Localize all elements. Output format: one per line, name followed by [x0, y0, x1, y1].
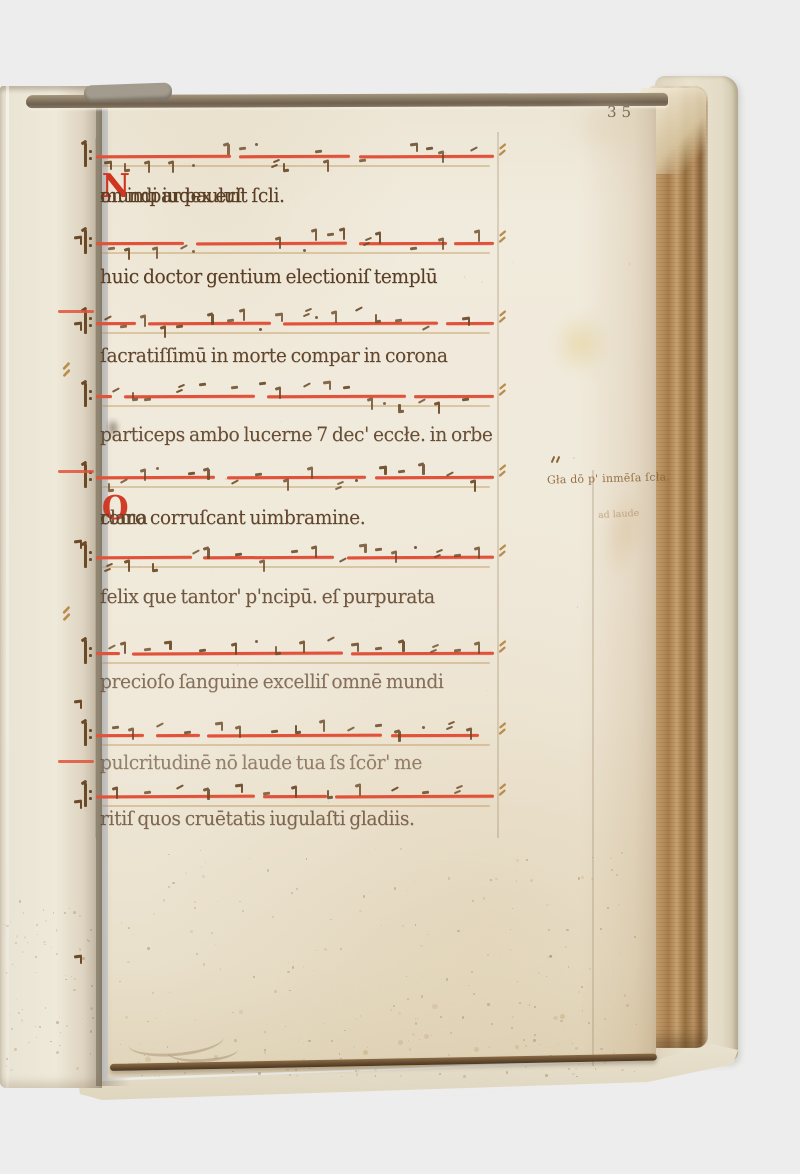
foxing-dot	[427, 934, 429, 936]
foxing-dot	[293, 757, 295, 759]
foxing-dot	[626, 1004, 629, 1007]
foxing-dot	[36, 924, 37, 925]
foxing-dot	[421, 995, 424, 998]
foxing-dot	[415, 924, 416, 925]
foxing-dot	[525, 1066, 527, 1068]
foxing-dot	[568, 1068, 570, 1070]
foxing-dot	[578, 877, 580, 879]
foxing-dot	[90, 1053, 92, 1055]
foxing-dot	[202, 875, 205, 878]
foxing-dot	[189, 163, 191, 165]
foxing-dot	[422, 976, 423, 977]
foxing-dot	[59, 1045, 60, 1046]
foxing-dot	[160, 1010, 161, 1011]
foxing-dot	[296, 888, 298, 890]
foxing-dot	[9, 1014, 10, 1015]
foxing-dot	[330, 919, 331, 920]
foxing-dot	[65, 975, 66, 976]
foxing-dot	[262, 190, 264, 192]
foxing-dot	[432, 1004, 438, 1010]
foxing-dot	[339, 1053, 340, 1054]
foxing-dot	[295, 202, 296, 203]
foxing-dot	[448, 877, 451, 880]
foxing-dot	[463, 1075, 465, 1077]
foxing-dot	[232, 1012, 233, 1013]
foxing-dot	[331, 1040, 333, 1042]
foxing-dot	[205, 862, 206, 863]
foxing-dot	[121, 447, 122, 448]
foxing-dot	[4, 924, 5, 925]
foxing-dot	[523, 1039, 525, 1041]
foxing-dot	[448, 1054, 450, 1056]
foxing-dot	[372, 620, 373, 621]
foxing-dot	[566, 929, 568, 931]
foxing-dot	[519, 1002, 521, 1004]
foxing-dot	[196, 953, 198, 955]
foxing-dot	[120, 1044, 122, 1046]
foxing-dot	[414, 881, 415, 882]
foxing-dot	[6, 1065, 8, 1067]
foxing-dot	[588, 1022, 590, 1024]
foxing-dot	[56, 1021, 59, 1024]
foxing-dot	[212, 571, 213, 572]
foxing-dot	[572, 1043, 573, 1044]
foxing-dot	[280, 421, 281, 422]
foxing-dot	[44, 944, 45, 945]
foxing-dot	[234, 1039, 237, 1042]
foxing-dot	[369, 891, 370, 892]
foxing-dot	[545, 1074, 548, 1077]
foxing-dot	[324, 948, 326, 950]
foxing-dot	[341, 1076, 343, 1078]
foxing-dot	[264, 1049, 266, 1051]
foxing-dot	[59, 1017, 60, 1018]
foxing-dot	[634, 1071, 636, 1073]
foxing-dot	[604, 1018, 606, 1020]
foxing-dot	[215, 944, 216, 945]
foxing-dot	[217, 901, 218, 902]
foxing-dot	[292, 196, 293, 197]
margin-scribble: ad laude	[598, 508, 640, 521]
foxing-dot	[287, 971, 289, 973]
foxing-dot	[560, 1014, 565, 1019]
foxing-dot	[15, 942, 17, 944]
foxing-dot	[14, 1048, 17, 1051]
foxing-dot	[43, 941, 46, 944]
foxing-dot	[16, 999, 17, 1000]
foxing-dot	[293, 961, 294, 962]
foxing-dot	[128, 927, 130, 929]
foxing-dot	[568, 966, 570, 968]
foxing-dot	[374, 1069, 377, 1072]
foxing-dot	[512, 262, 513, 263]
foxing-dot	[406, 976, 407, 977]
foxing-dot	[317, 121, 318, 122]
foxing-dot	[408, 1040, 409, 1041]
foxing-dot	[91, 1008, 92, 1009]
foxing-dot	[91, 985, 93, 987]
foxing-dot	[6, 1058, 8, 1060]
foxing-dot	[575, 1068, 577, 1070]
foxing-dot	[515, 1045, 519, 1049]
foxing-dot	[355, 1070, 357, 1072]
foxing-dot	[267, 869, 270, 872]
foxing-dot	[152, 992, 153, 993]
foxing-dot	[288, 962, 289, 963]
foxing-dot	[487, 690, 488, 691]
foxing-dot	[133, 302, 134, 303]
foxing-dot	[119, 981, 121, 983]
foxing-dot	[121, 922, 123, 924]
foxing-dot	[35, 956, 37, 958]
foxing-dot	[581, 876, 584, 879]
foxing-dot	[636, 1024, 637, 1025]
foxing-dot	[45, 920, 47, 922]
foxing-dot	[306, 858, 307, 859]
foxing-dot	[375, 848, 376, 849]
foxing-dot	[43, 909, 44, 910]
foxing-dot	[550, 955, 552, 957]
foxing-dot	[308, 1040, 311, 1043]
manuscript-photo: mundi iudex erit ſcli. Non impar pauluſh…	[0, 0, 800, 1174]
foxing-dot	[518, 1049, 519, 1050]
foxing-dot	[488, 1046, 490, 1048]
foxing-dot	[65, 979, 66, 980]
foxing-dot	[147, 1021, 148, 1022]
foxing-dot	[168, 854, 169, 855]
foxing-dot	[495, 878, 498, 881]
foxing-dot	[289, 1074, 291, 1076]
foxing-dot	[10, 1069, 12, 1071]
foxing-dot	[363, 895, 366, 898]
foxing-dot	[21, 1019, 24, 1022]
foxing-dot	[553, 1017, 556, 1020]
foxing-dot	[14, 966, 15, 967]
foxing-dot	[621, 1069, 623, 1071]
foxing-dot	[400, 1075, 402, 1077]
foxing-dot	[140, 566, 142, 568]
foxing-dot	[409, 1048, 412, 1051]
foxing-dot	[88, 940, 89, 941]
foxing-dot	[264, 1051, 266, 1053]
foxing-dot	[90, 1007, 93, 1010]
foxing-dot	[526, 859, 528, 861]
foxing-dot	[375, 1075, 377, 1077]
foxing-dot	[323, 1023, 324, 1024]
foxing-dot	[6, 972, 8, 974]
foxing-dot	[417, 1018, 418, 1019]
foxing-dot	[595, 1068, 596, 1069]
foxing-dot	[394, 887, 396, 889]
foxing-dot	[153, 913, 155, 915]
foxing-dot	[259, 590, 260, 591]
foxing-dot	[92, 1017, 95, 1020]
foxing-dot	[486, 998, 487, 999]
foxing-dot	[163, 899, 166, 902]
foxing-dot	[634, 936, 636, 938]
foxing-dot	[400, 848, 402, 850]
foxing-dot	[239, 1010, 243, 1014]
foxing-speckle-layer	[0, 0, 800, 1174]
foxing-dot	[69, 908, 70, 909]
foxing-dot	[329, 1032, 330, 1033]
foxing-dot	[516, 880, 517, 881]
foxing-dot	[211, 932, 213, 934]
foxing-dot	[591, 878, 592, 879]
foxing-dot	[28, 1042, 29, 1043]
foxing-dot	[74, 978, 76, 980]
foxing-dot	[415, 1022, 417, 1024]
foxing-dot	[22, 951, 24, 953]
foxing-dot	[82, 1018, 83, 1019]
foxing-dot	[540, 1044, 541, 1045]
foxing-dot	[147, 1056, 148, 1057]
foxing-dot	[616, 874, 618, 876]
foxing-dot	[604, 1061, 607, 1064]
foxing-dot	[508, 239, 509, 240]
foxing-dot	[402, 925, 404, 927]
foxing-dot	[242, 910, 243, 911]
foxing-dot	[155, 1075, 156, 1076]
foxing-dot	[396, 733, 397, 734]
foxing-dot	[172, 882, 174, 884]
foxing-dot	[420, 945, 423, 948]
foxing-dot	[56, 929, 57, 930]
foxing-dot	[292, 966, 294, 968]
foxing-dot	[340, 948, 342, 950]
foxing-dot	[163, 523, 165, 525]
foxing-dot	[471, 971, 473, 973]
foxing-dot	[486, 887, 487, 888]
foxing-dot	[474, 1047, 479, 1052]
foxing-dot	[90, 929, 92, 931]
foxing-dot	[510, 949, 512, 951]
foxing-dot	[579, 1064, 580, 1065]
foxing-dot	[356, 1073, 359, 1076]
foxing-dot	[194, 901, 196, 903]
foxing-dot	[512, 908, 513, 909]
foxing-dot	[23, 912, 25, 914]
foxing-dot	[589, 968, 592, 971]
foxing-dot	[303, 1043, 304, 1044]
foxing-dot	[195, 1020, 196, 1021]
foxing-dot	[24, 936, 26, 938]
foxing-dot	[66, 1025, 68, 1027]
foxing-dot	[610, 858, 612, 860]
foxing-dot	[360, 1015, 361, 1016]
foxing-dot	[56, 930, 58, 932]
foxing-dot	[22, 1009, 23, 1010]
foxing-dot	[466, 258, 467, 259]
foxing-dot	[576, 1076, 577, 1077]
foxing-dot	[547, 956, 549, 958]
foxing-dot	[27, 942, 28, 943]
foxing-dot	[529, 1004, 530, 1005]
foxing-dot	[578, 991, 581, 994]
foxing-dot	[572, 1073, 574, 1075]
foxing-dot	[534, 1034, 536, 1036]
foxing-dot	[35, 1026, 36, 1027]
foxing-dot	[39, 1026, 41, 1028]
foxing-dot	[127, 961, 129, 963]
foxing-dot	[125, 1016, 127, 1018]
foxing-dot	[398, 1040, 403, 1045]
foxing-dot	[316, 950, 318, 952]
foxing-dot	[64, 912, 66, 914]
foxing-dot	[450, 1032, 453, 1035]
foxing-dot	[581, 986, 583, 988]
foxing-dot	[533, 1039, 536, 1042]
foxing-dot	[546, 1047, 547, 1048]
foxing-dot	[546, 976, 547, 977]
foxing-dot	[147, 965, 148, 966]
foxing-dot	[506, 1071, 508, 1073]
foxing-dot	[393, 1005, 395, 1007]
foxing-dot	[629, 263, 630, 264]
foxing-dot	[303, 966, 305, 968]
foxing-dot	[475, 1067, 476, 1068]
foxing-dot	[286, 1069, 288, 1071]
foxing-dot	[285, 1026, 286, 1027]
foxing-dot	[10, 921, 11, 922]
foxing-dot	[431, 1035, 433, 1037]
foxing-dot	[624, 994, 626, 996]
foxing-dot	[549, 955, 552, 958]
foxing-dot	[249, 858, 250, 859]
foxing-dot	[500, 958, 502, 960]
foxing-dot	[440, 1016, 442, 1018]
foxing-dot	[517, 981, 518, 982]
foxing-dot	[56, 1051, 59, 1054]
foxing-dot	[490, 879, 492, 881]
foxing-dot	[563, 1024, 564, 1025]
foxing-dot	[424, 1034, 430, 1040]
foxing-dot	[225, 478, 227, 480]
foxing-dot	[415, 1018, 417, 1020]
foxing-dot	[295, 1069, 297, 1071]
foxing-dot	[515, 868, 516, 869]
foxing-dot	[412, 1033, 415, 1036]
foxing-dot	[51, 947, 52, 948]
foxing-dot	[194, 907, 196, 909]
foxing-dot	[512, 1016, 514, 1018]
foxing-dot	[45, 1007, 46, 1008]
foxing-dot	[35, 972, 36, 973]
foxing-dot	[272, 916, 274, 918]
foxing-dot	[56, 953, 58, 955]
foxing-dot	[18, 1012, 20, 1014]
foxing-dot	[232, 1071, 233, 1072]
foxing-dot	[337, 612, 338, 613]
foxing-dot	[554, 1016, 558, 1020]
foxing-dot	[291, 892, 293, 894]
foxing-dot	[468, 985, 469, 986]
foxing-dot	[510, 929, 511, 930]
foxing-dot	[407, 890, 408, 891]
foxing-dot	[487, 954, 489, 956]
foxing-dot	[538, 972, 540, 974]
foxing-dot	[274, 990, 277, 993]
foxing-dot	[364, 698, 366, 700]
foxing-dot	[371, 1019, 372, 1020]
foxing-dot	[253, 976, 255, 978]
foxing-dot	[473, 993, 475, 995]
foxing-dot	[296, 1074, 298, 1076]
foxing-dot	[423, 617, 424, 618]
foxing-dot	[220, 968, 221, 969]
foxing-dot	[12, 964, 13, 965]
foxing-dot	[168, 886, 170, 888]
foxing-dot	[462, 1016, 465, 1019]
foxing-dot	[239, 901, 240, 902]
foxing-dot	[457, 930, 460, 933]
foxing-dot	[356, 1019, 357, 1020]
foxing-dot	[487, 1003, 490, 1006]
foxing-dot	[73, 911, 76, 914]
foxing-dot	[453, 893, 454, 894]
foxing-dot	[11, 1028, 13, 1030]
foxing-dot	[565, 946, 567, 948]
foxing-dot	[185, 872, 187, 874]
foxing-dot	[328, 801, 329, 802]
foxing-dot	[184, 1072, 186, 1074]
foxing-dot	[390, 1009, 392, 1011]
foxing-dot	[600, 1048, 602, 1050]
foxing-dot	[87, 939, 89, 941]
foxing-dot	[76, 1067, 79, 1070]
foxing-dot	[359, 910, 361, 912]
foxing-dot	[464, 276, 465, 277]
foxing-dot	[298, 1041, 300, 1043]
foxing-dot	[481, 351, 482, 352]
foxing-dot	[548, 929, 550, 931]
foxing-dot	[621, 852, 623, 854]
foxing-dot	[201, 867, 202, 868]
foxing-dot	[90, 1030, 92, 1032]
foxing-dot	[233, 1058, 234, 1059]
foxing-dot	[258, 1072, 261, 1075]
foxing-dot	[483, 897, 485, 899]
foxing-dot	[286, 429, 287, 430]
foxing-dot	[367, 1047, 368, 1048]
foxing-dot	[607, 907, 609, 909]
foxing-dot	[472, 900, 474, 902]
foxing-dot	[600, 928, 602, 930]
foxing-dot	[371, 1030, 372, 1031]
foxing-dot	[147, 947, 149, 949]
foxing-dot	[546, 904, 549, 907]
foxing-dot	[79, 948, 81, 950]
foxing-dot	[445, 152, 446, 153]
foxing-dot	[363, 1050, 368, 1055]
foxing-dot	[372, 477, 373, 478]
foxing-dot	[16, 935, 19, 938]
foxing-dot	[169, 992, 170, 993]
foxing-dot	[398, 1012, 401, 1015]
foxing-dot	[381, 925, 382, 926]
foxing-dot	[619, 952, 620, 953]
foxing-dot	[190, 930, 193, 933]
foxing-dot	[53, 912, 55, 914]
foxing-dot	[558, 1044, 559, 1045]
foxing-dot	[560, 1020, 563, 1023]
foxing-dot	[573, 457, 575, 459]
foxing-dot	[575, 1047, 578, 1050]
foxing-dot	[460, 263, 461, 264]
foxing-dot	[511, 1027, 514, 1030]
foxing-dot	[71, 976, 73, 978]
foxing-dot	[60, 1032, 61, 1033]
